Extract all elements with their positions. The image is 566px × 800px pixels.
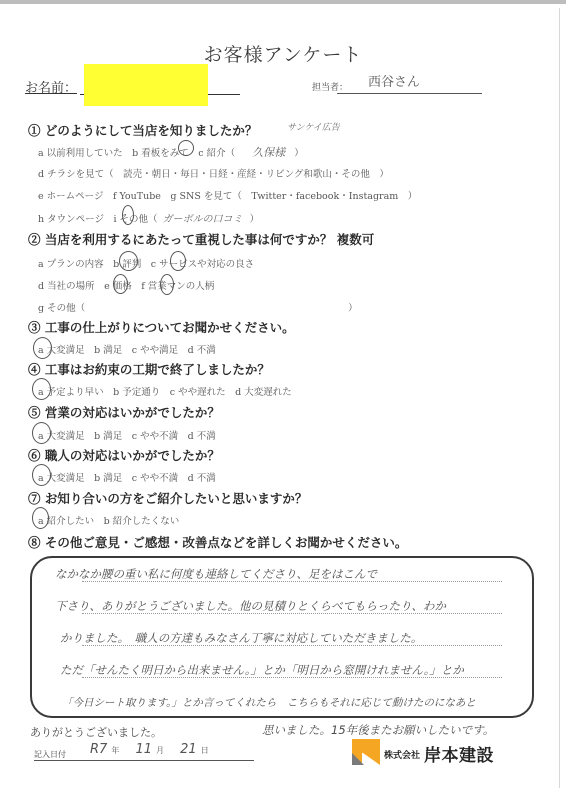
question-1: ① どのようにして当店を知りましたか？ (28, 121, 257, 139)
question-2: ② 当店を利用するにあたって重視した事は何ですか？ 複数可 (28, 230, 374, 248)
circle-mark-q2-b (119, 251, 138, 271)
staff-underline (337, 93, 482, 94)
question-3: ③ 工事の仕上がりについてお聞かせください。 (28, 318, 295, 336)
question-text: どのようにして当店を知りましたか？ (45, 123, 258, 138)
q1-options-line-4: h タウンページ i その他（ ガーボルの口コミ ） (38, 210, 259, 225)
circle-mark-q4-a (32, 378, 51, 400)
comment-line-5: 「今日シート取ります。」とか言ってくれたら こちらもそれに応じて動けたのになあと (62, 695, 476, 710)
q4-options: a 予定より早い b 予定通り c やや遅れた d 大変遅れた (38, 384, 292, 398)
q1-options-line-2: d チラシを見て（ 読売・朝日・毎日・日経・産経・リビング和歌山・その他 ） (38, 166, 389, 180)
company-name: 岸本建設 (424, 741, 494, 766)
question-5: ⑤ 営業の対応はいかがでしたか？ (28, 403, 220, 421)
q6-options: a 大変満足 b 満足 c やや不満 d 不満 (38, 470, 216, 484)
circle-mark-q2-c (170, 251, 186, 271)
q1-options-line-1: a 以前利用していた b 看板をみて c 紹介（ 久保様 ） (38, 144, 304, 160)
circle-mark-q7-a (32, 507, 49, 529)
question-4: ④ 工事はお約束の工期で終了しましたか？ (28, 360, 270, 378)
date-day: 21 (180, 742, 197, 757)
q1-handwritten-note: サンケイ広告 (287, 120, 340, 133)
comment-line-2: 下さり、ありがとうございました。他の見積りとくらべてもらったり、わか (55, 598, 446, 614)
q7-options: a 紹介したい b 紹介したくない (38, 513, 179, 527)
date-month: 11 (135, 742, 152, 757)
q2-options-line-1: a プランの内容 b 評判 c サービスや対応の良さ (38, 256, 254, 270)
question-7: ⑦ お知り合いの方をご紹介したいと思いますか？ (28, 489, 307, 507)
circle-mark-q2-e (113, 274, 128, 294)
multiple-allowed-label: 複数可 (337, 232, 375, 247)
q2-options-line-3: g その他（ ） (38, 300, 358, 314)
q1-referral-value: 久保様 (252, 146, 285, 159)
circle-mark-q2-f (160, 274, 174, 295)
comment-continuation: 思いました。15年後またお願いしたいです。 (262, 722, 494, 738)
q1-other-value: ガーボルの口コミ (163, 214, 243, 225)
q3-options: a 大変満足 b 満足 c やや満足 d 不満 (38, 342, 216, 356)
entry-date: R7年 11月 21日 (90, 742, 221, 757)
company-prefix: 株式会社 (384, 748, 420, 761)
circle-mark-q1-c (178, 140, 194, 156)
date-underline (34, 760, 254, 761)
comment-line-3: かりました。 職人の方達もみなさん丁寧に対応していただきました。 (60, 630, 422, 646)
question-8: ⑧ その他ご意見・ご感想・改善点などを詳しくお聞かせください。 (28, 533, 407, 551)
date-year: R7 (90, 742, 107, 757)
date-label: 記入日付 (34, 749, 66, 760)
name-redaction (84, 64, 208, 106)
q1-options-line-3: e ホームページ f YouTube g SNS を見て（ Twitter・fa… (38, 188, 417, 202)
q5-options: a 大変満足 b 満足 c やや不満 d 不満 (38, 428, 216, 442)
question-number: ① (28, 123, 41, 138)
name-label: お名前： (25, 77, 77, 96)
staff-label: 担当者： (312, 80, 348, 93)
circle-mark-q5-a (32, 422, 51, 444)
circle-mark-q3-a (33, 337, 52, 359)
comment-line-1: なかなか腰の重い私に何度も連絡してくださり、足をはこんで (55, 566, 377, 582)
question-6: ⑥ 職人の対応はいかがでしたか？ (28, 446, 220, 464)
page-title: お客様アンケート (0, 40, 566, 67)
company-logo-icon (352, 739, 380, 765)
comment-line-4: ただ「せんたく明日から出来ません。」とか「明日から窓開けれません。」とか (60, 662, 464, 678)
staff-value: 西谷さん (368, 71, 420, 90)
scan-right-edge (559, 8, 560, 788)
circle-mark-q6-a (32, 464, 51, 486)
scan-top-edge (0, 0, 566, 4)
circle-mark-q1-i (122, 205, 134, 225)
thanks-text: ありがとうございました。 (30, 724, 162, 740)
